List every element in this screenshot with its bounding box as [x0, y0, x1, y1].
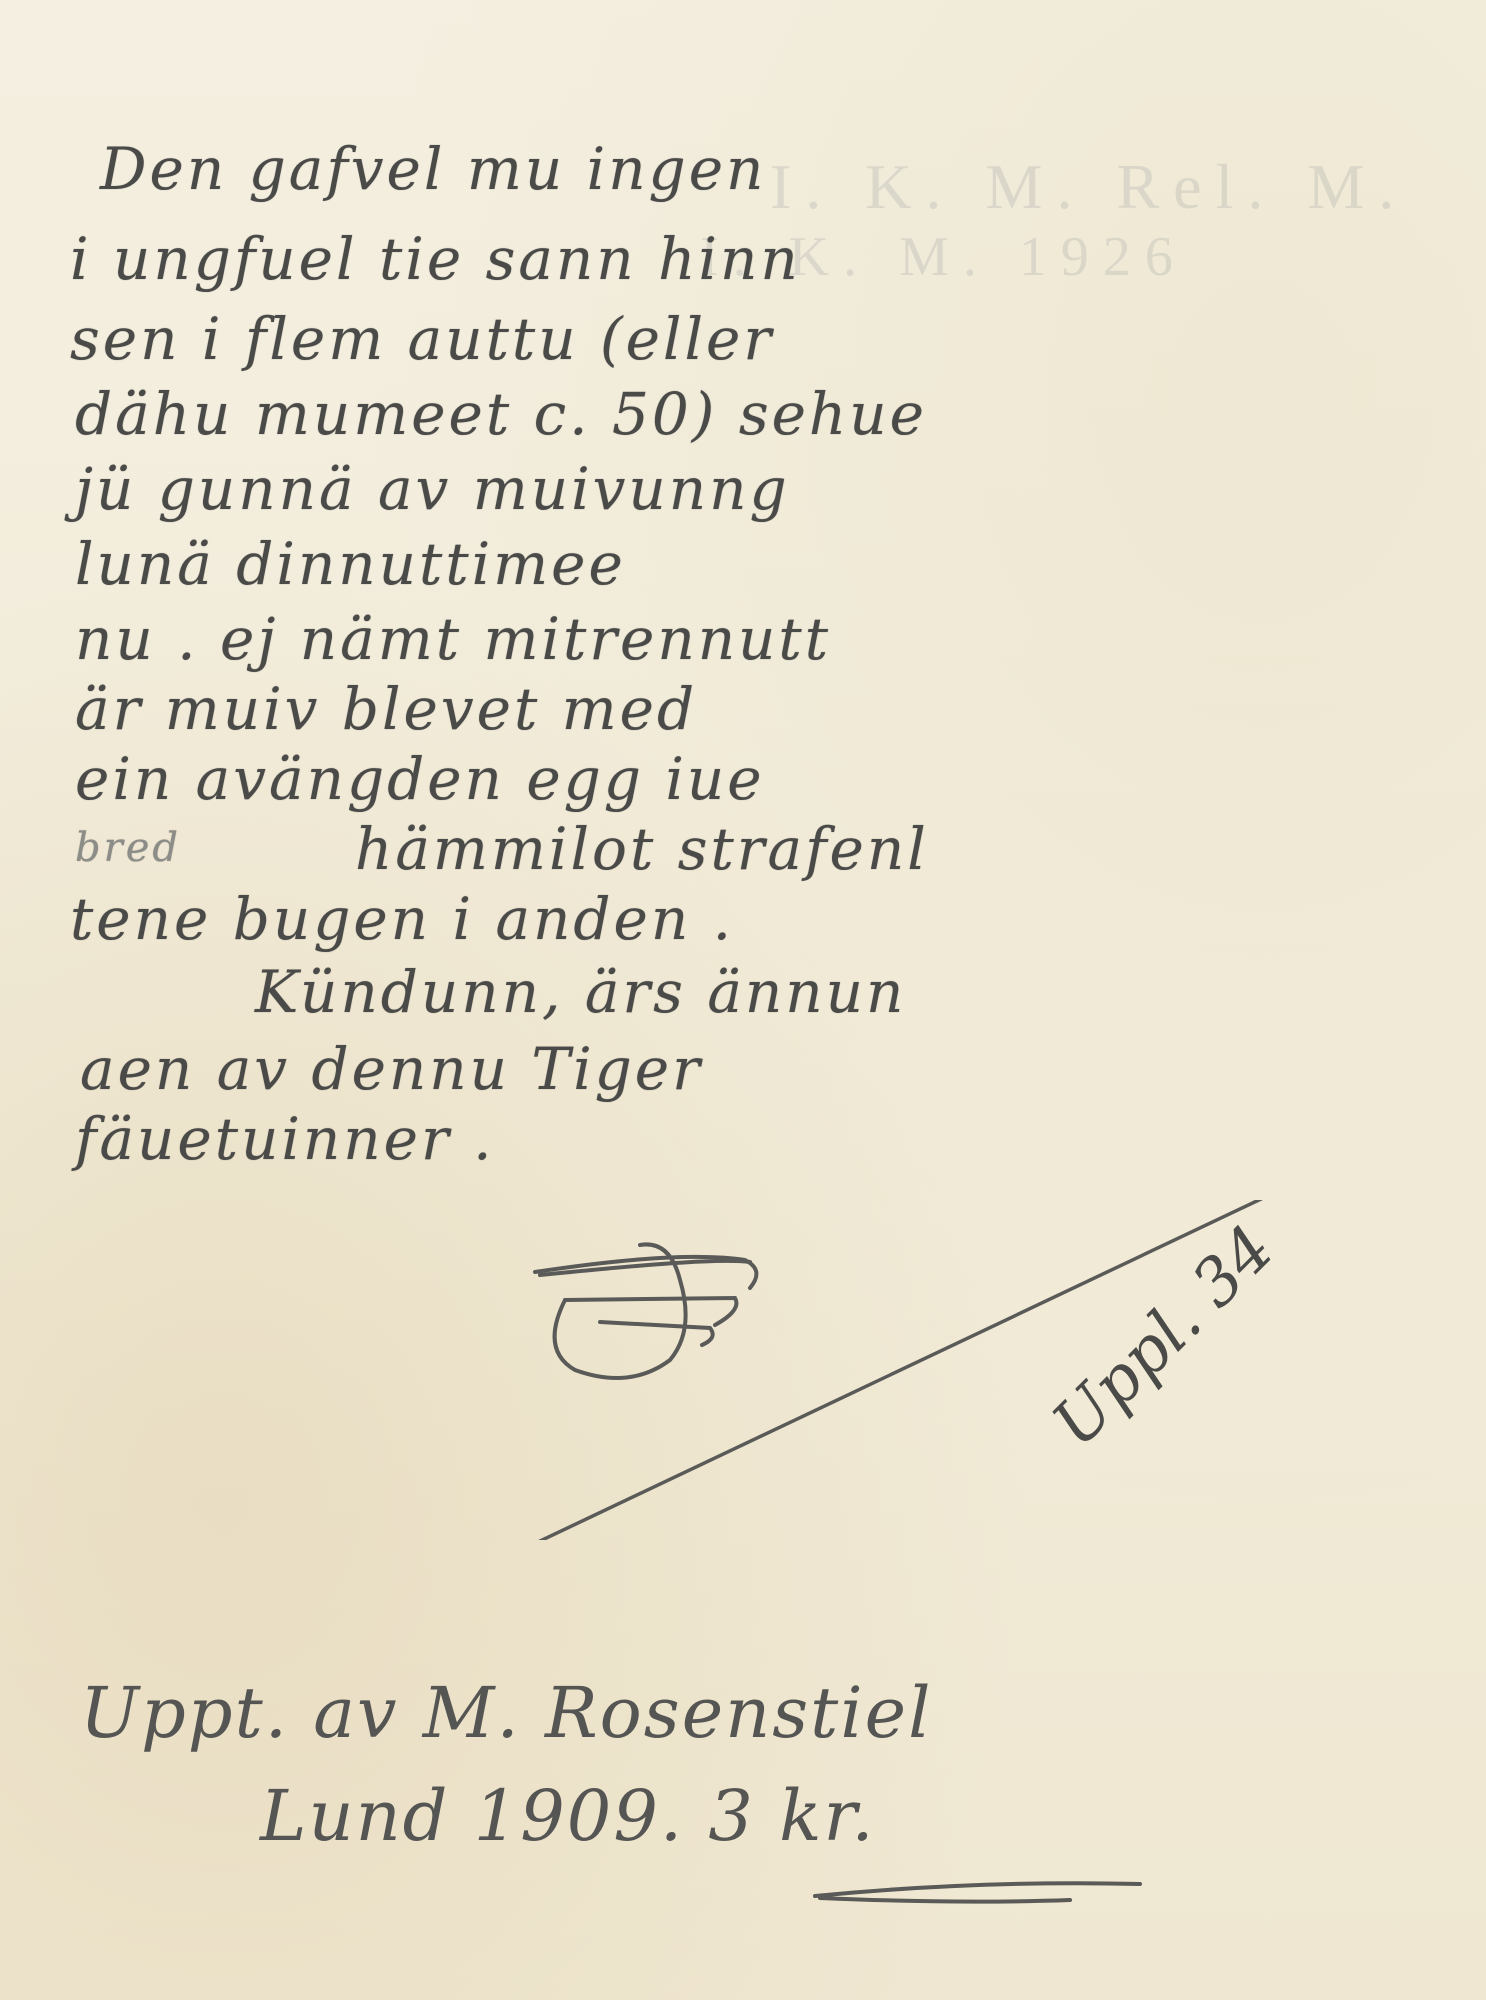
body-line-3: sen i flem auttu (eller — [70, 305, 774, 373]
body-line-1: Den gafvel mu ingen — [100, 135, 766, 203]
body-line-7: nu . ej nämt mitrennutt — [75, 605, 831, 673]
footer-line-2: Lund 1909. 3 kr. — [260, 1775, 876, 1857]
body-line-6: lunä dinnuttimee — [75, 530, 626, 598]
svg-text:Uppl. 34: Uppl. 34 — [1039, 1212, 1288, 1461]
signature-block: Uppl. 34 — [520, 1200, 1300, 1540]
body-line-9: ein avängden egg iue — [75, 745, 765, 813]
margin-note: bred — [75, 825, 181, 871]
bleed-through-stamp-1: I. K. M. Rel. M. — [770, 150, 1408, 224]
body-line-10: hämmilot strafenl — [355, 815, 929, 883]
body-line-4: dähu mumeet c. 50) sehue — [75, 380, 927, 448]
manuscript-page: I. K. M. Rel. M. I. K. M. 1926 Den gafve… — [0, 0, 1486, 2000]
body-line-12: Kündunn, ärs ännun — [255, 958, 906, 1026]
footer-line-1: Uppt. av M. Rosenstiel — [80, 1672, 933, 1754]
body-line-11: tene bugen i anden . — [70, 885, 734, 953]
body-line-5: jü gunnä av muivunng — [75, 455, 790, 523]
underline-stroke — [810, 1878, 1150, 1908]
body-line-14: fäuetuinner . — [75, 1105, 495, 1173]
body-line-2: i ungfuel tie sann hinn — [70, 225, 801, 293]
monogram-icon: Uppl. 34 — [520, 1200, 1300, 1540]
body-line-13: aen av dennu Tiger — [80, 1035, 703, 1103]
body-line-8: är muiv blevet med — [75, 675, 697, 743]
